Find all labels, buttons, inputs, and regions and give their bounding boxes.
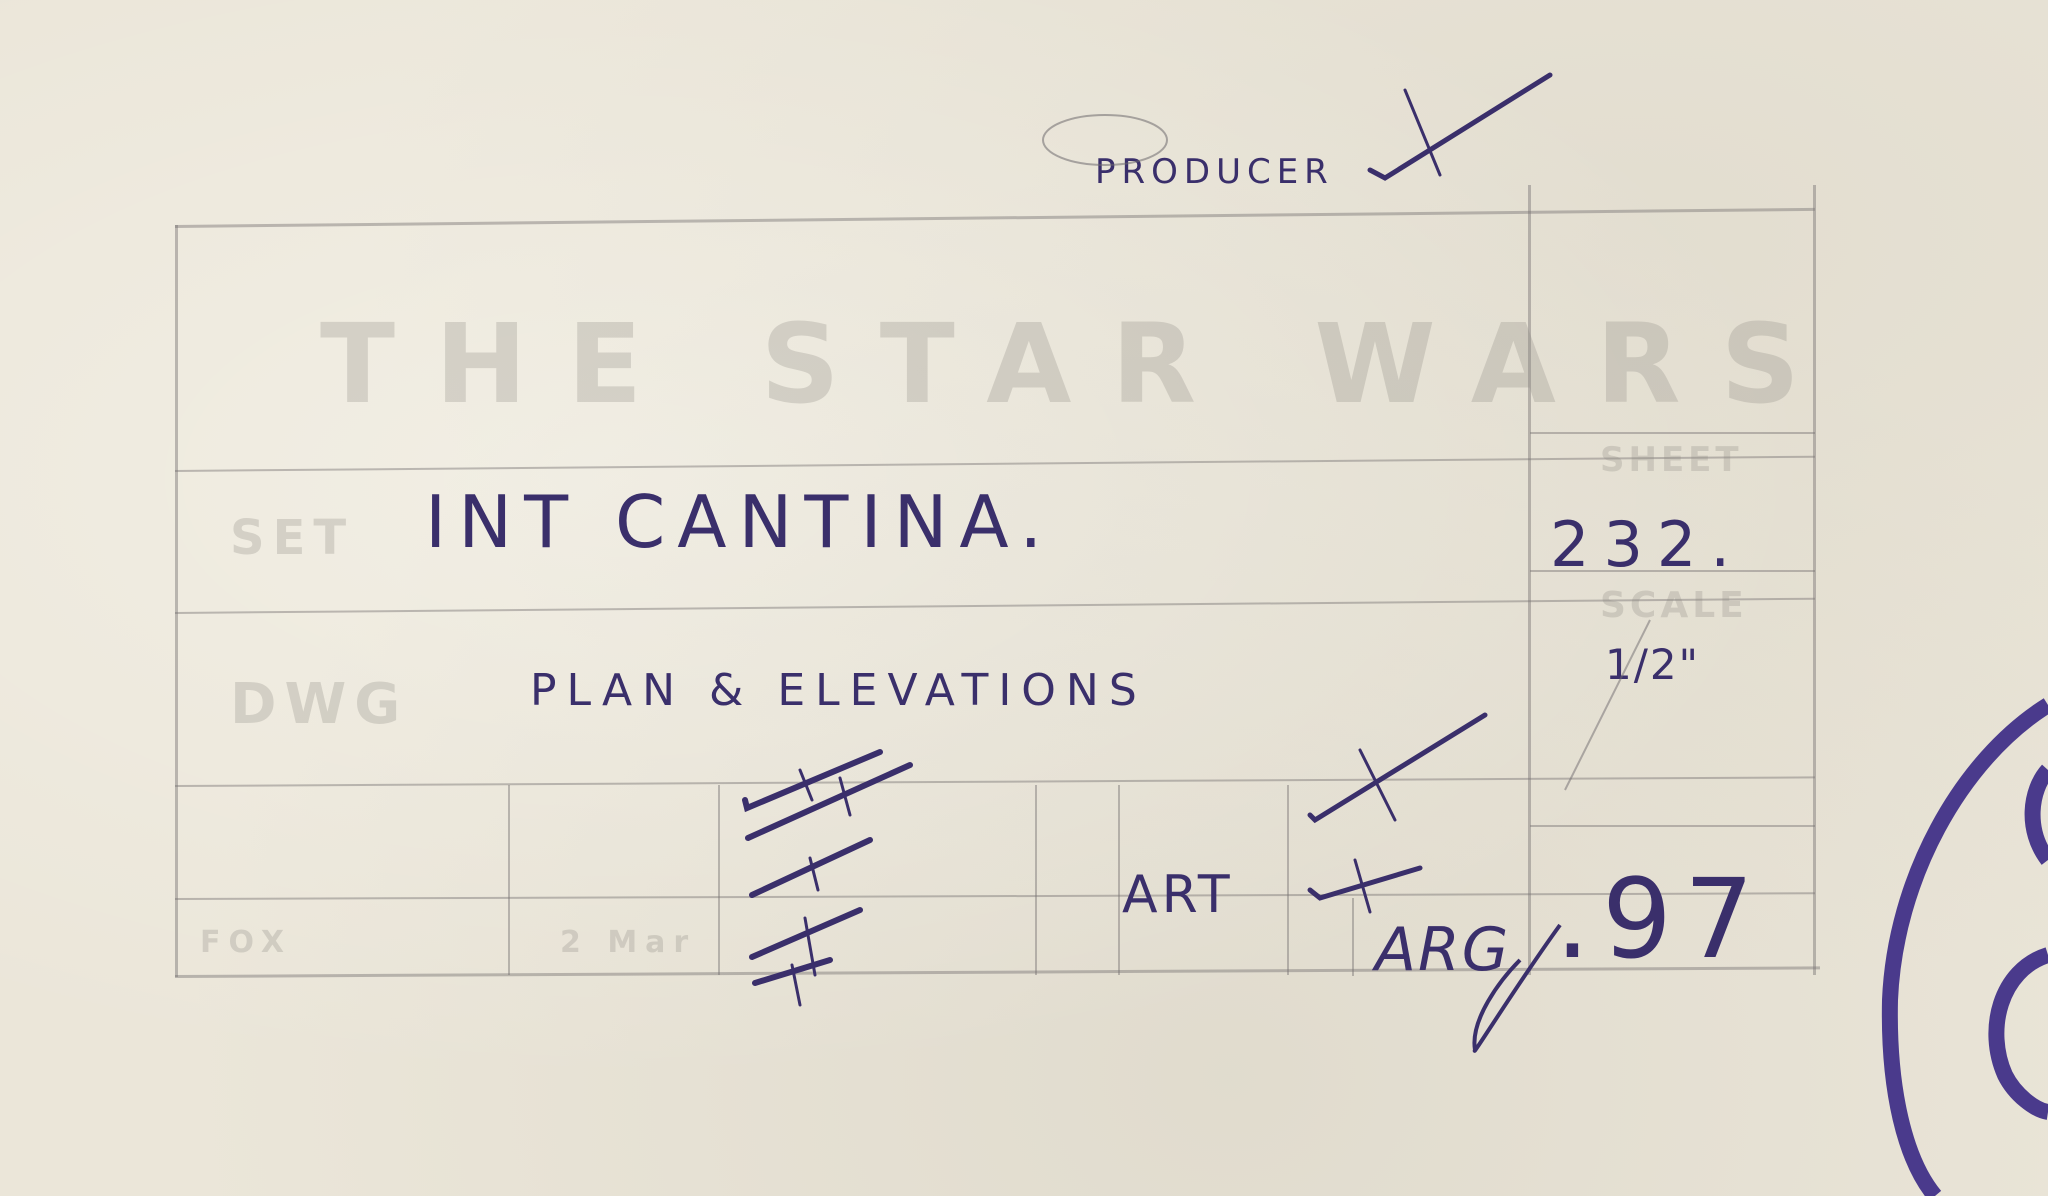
producer-check-icon bbox=[1370, 75, 1550, 178]
producer-circle bbox=[1043, 115, 1167, 165]
scale-pencil-slash bbox=[1565, 620, 1650, 790]
ink-marks bbox=[0, 0, 2048, 1196]
art-check-icons bbox=[1310, 715, 1485, 912]
stamp-circle-icon bbox=[1890, 705, 2048, 1196]
scanned-document: THE STAR WARS SET DWG SHEET SCALE FOX 2 … bbox=[0, 0, 2048, 1196]
signature-flourish bbox=[1474, 925, 1560, 1051]
approval-check-icons bbox=[745, 752, 910, 1005]
